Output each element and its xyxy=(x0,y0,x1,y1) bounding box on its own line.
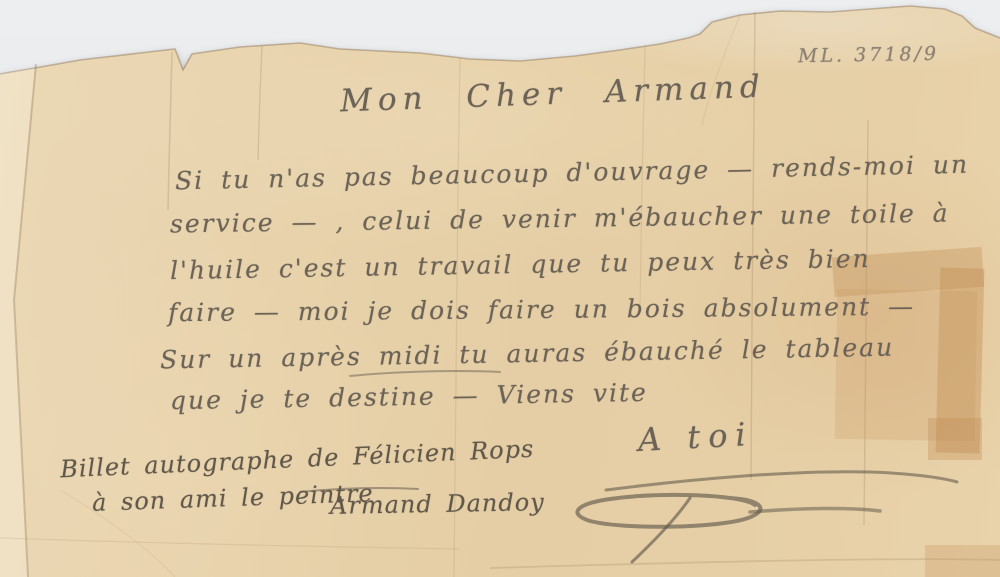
annotation-line-3: Armand Dandoy xyxy=(330,488,545,520)
inventory-mark: ML. 3718/9 xyxy=(798,43,939,67)
scanned-letter-page: ML. 3718/9 Mon Cher Armand Si tu n'as pa… xyxy=(0,0,1000,577)
signature-line: A toi xyxy=(637,415,754,459)
